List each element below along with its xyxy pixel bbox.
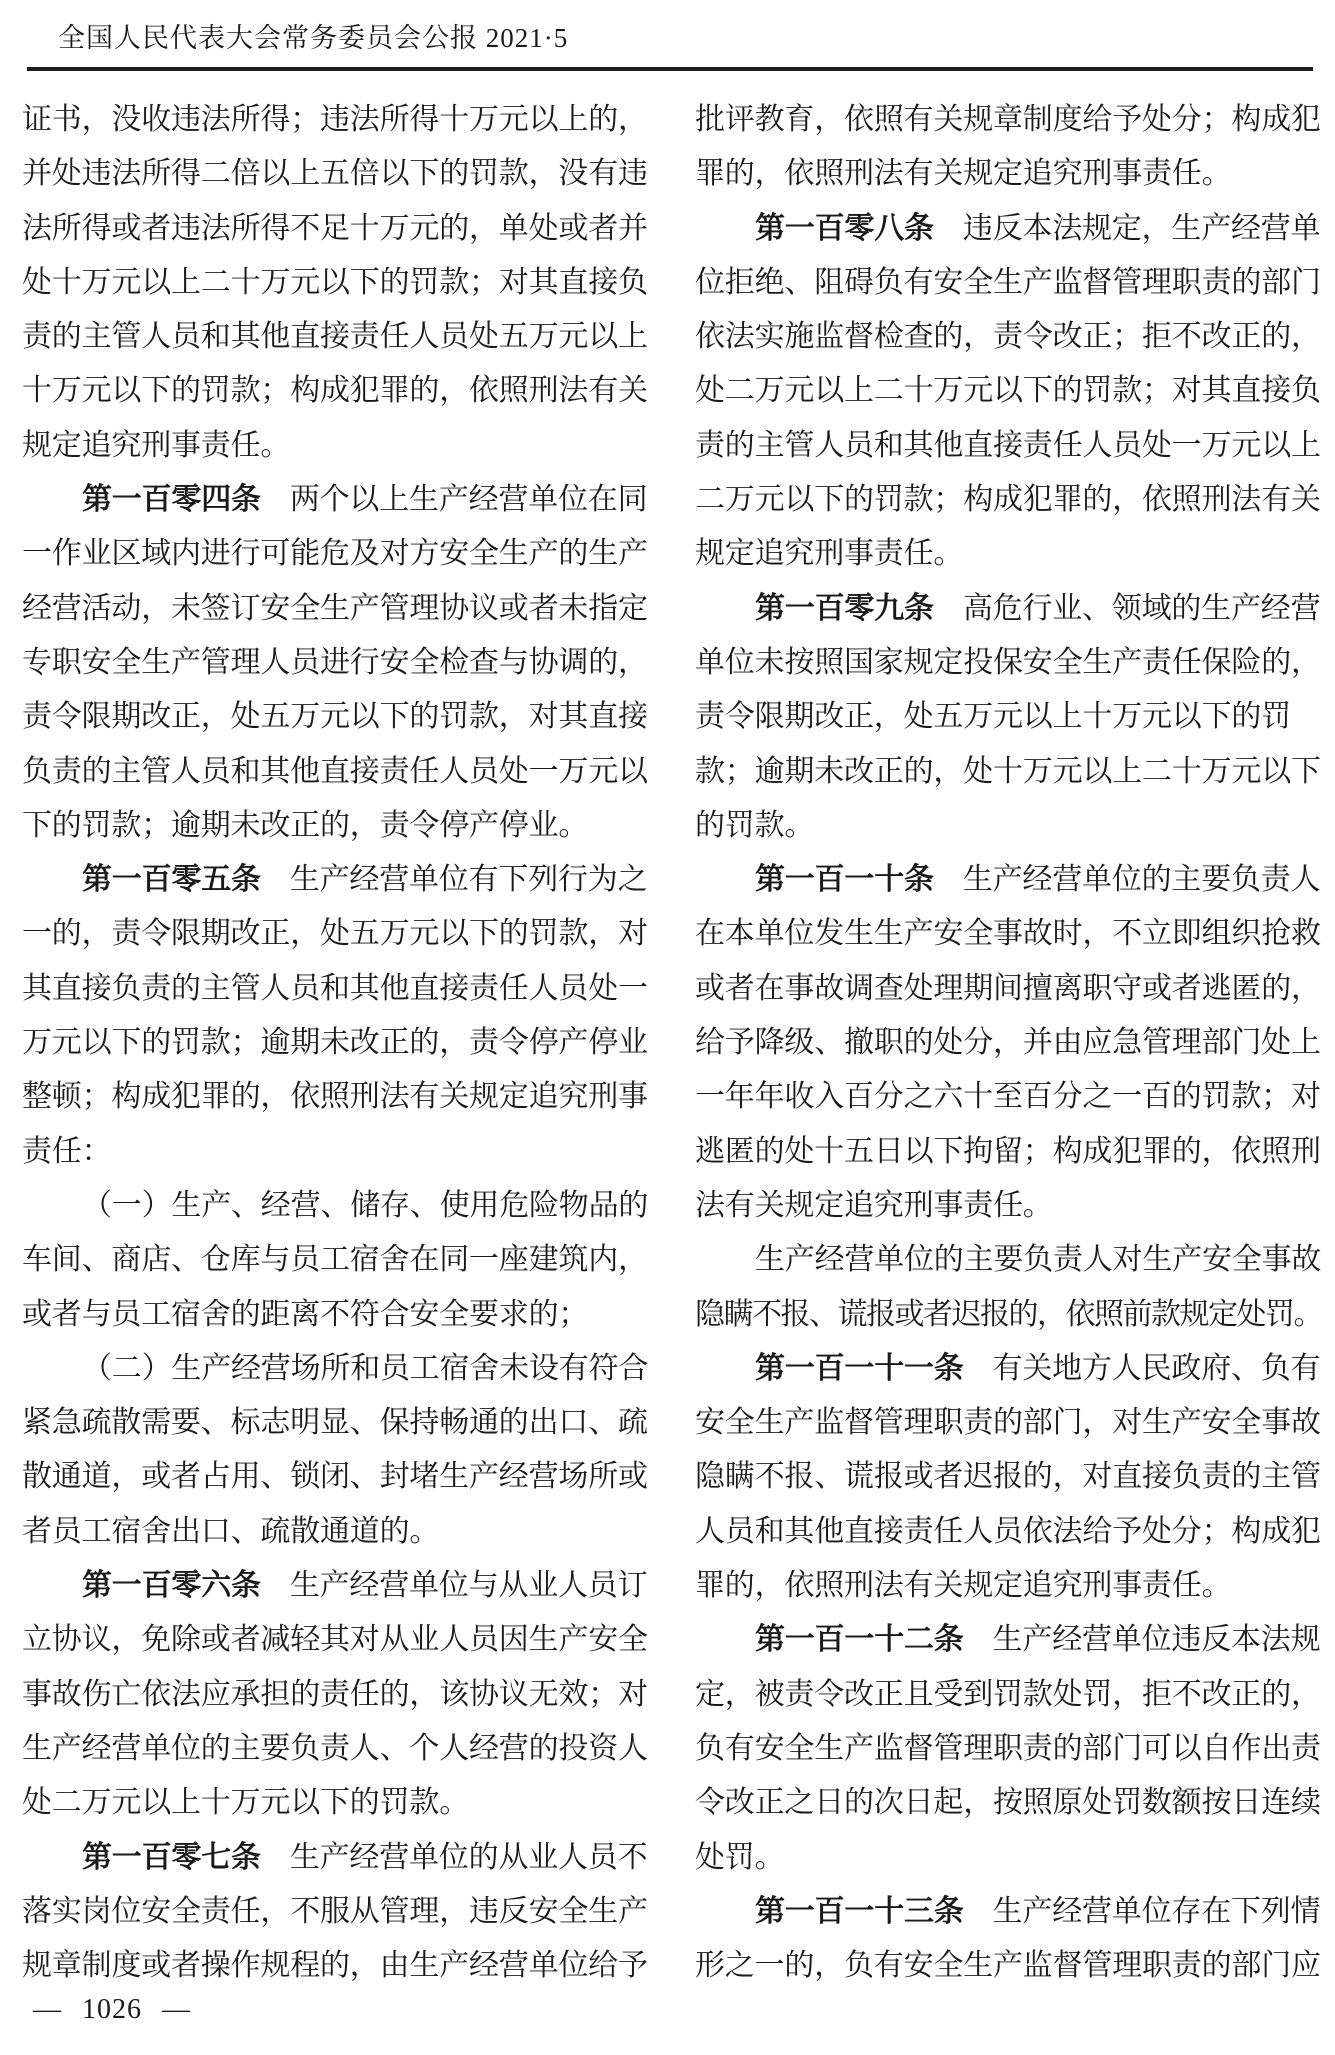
text-line: 责令限期改正，处五万元以下的罚款，对其直接	[22, 690, 667, 744]
left-column: 证书，没收违法所得；违法所得十万元以上的， 并处违法所得二倍以上五倍以下的罚款，…	[22, 93, 667, 1993]
text-line: 或者与员工宿舍的距离不符合安全要求的；	[22, 1288, 667, 1342]
text-line: 下的罚款；逾期未改正的，责令停产停业。	[22, 799, 667, 853]
text-line: 落实岗位安全责任，不服从管理，违反安全生产	[22, 1885, 667, 1939]
article-text: 高危行业、领域的生产经营	[963, 592, 1321, 625]
text-line: 一的，责令限期改正，处五万元以下的罚款，对	[22, 907, 667, 961]
article-number: 第一百零八条	[755, 212, 934, 245]
article-text: 生产经营单位与从业人员订	[290, 1569, 648, 1602]
text-line: 十万元以下的罚款；构成犯罪的，依照刑法有关	[22, 364, 667, 418]
article-number: 第一百零五条	[82, 863, 261, 896]
article-heading-line: 第一百零七条生产经营单位的从业人员不	[22, 1831, 667, 1885]
article-number: 第一百零四条	[82, 483, 261, 516]
article-text: 违反本法规定，生产经营单	[963, 212, 1321, 245]
right-column: 批评教育，依照有关规章制度给予处分；构成犯 罪的，依照刑法有关规定追究刑事责任。…	[695, 93, 1335, 1993]
text-line: 责的主管人员和其他直接责任人员处五万元以上	[22, 310, 667, 364]
text-line: 生产经营单位的主要负责人对生产安全事故	[695, 1233, 1335, 1287]
text-line: 紧急疏散需要、标志明显、保持畅通的出口、疏	[22, 1396, 667, 1450]
article-heading-line: 第一百一十条生产经营单位的主要负责人	[695, 853, 1335, 907]
text-line: 法有关规定追究刑事责任。	[695, 1179, 1335, 1233]
article-text: 生产经营单位存在下列情	[993, 1895, 1321, 1928]
text-line: 生产经营单位的主要负责人、个人经营的投资人	[22, 1722, 667, 1776]
text-line: 规定追究刑事责任。	[695, 527, 1335, 581]
text-line: 负责的主管人员和其他直接责任人员处一万元以	[22, 745, 667, 799]
list-item-line: （二）生产经营场所和员工宿舍未设有符合	[22, 1342, 667, 1396]
text-line: 立协议，免除或者减轻其对从业人员因生产安全	[22, 1613, 667, 1667]
text-line: 一年年收入百分之六十至百分之一百的罚款；对	[695, 1070, 1335, 1124]
text-line: 法所得或者违法所得不足十万元的，单处或者并	[22, 202, 667, 256]
text-line: 批评教育，依照有关规章制度给予处分；构成犯	[695, 93, 1335, 147]
article-number: 第一百零七条	[82, 1841, 261, 1874]
text-line: 经营活动，未签订安全生产管理协议或者未指定	[22, 582, 667, 636]
article-number: 第一百一十三条	[755, 1895, 964, 1928]
text-line: 处二万元以上十万元以下的罚款。	[22, 1776, 667, 1830]
text-line: 隐瞒不报、谎报或者迟报的，对直接负责的主管	[695, 1450, 1335, 1504]
page-number: — 1026 —	[33, 1994, 191, 2026]
article-heading-line: 第一百零四条两个以上生产经营单位在同	[22, 473, 667, 527]
text-line: 二万元以下的罚款；构成犯罪的，依照刑法有关	[695, 473, 1335, 527]
text-line: 逃匿的处十五日以下拘留；构成犯罪的，依照刑	[695, 1125, 1335, 1179]
article-heading-line: 第一百零八条违反本法规定，生产经营单	[695, 202, 1335, 256]
text-line: 责的主管人员和其他直接责任人员处一万元以上	[695, 419, 1335, 473]
text-line: 或者在事故调查处理期间擅离职守或者逃匿的，	[695, 962, 1335, 1016]
text-line: 规章制度或者操作规程的，由生产经营单位给予	[22, 1939, 667, 1993]
text-line: 一作业区域内进行可能危及对方安全生产的生产	[22, 527, 667, 581]
text-line: 散通道，或者占用、锁闭、封堵生产经营场所或	[22, 1450, 667, 1504]
article-number: 第一百一十一条	[755, 1352, 964, 1385]
text-line: 安全生产监督管理职责的部门，对生产安全事故	[695, 1396, 1335, 1450]
article-number: 第一百零九条	[755, 592, 934, 625]
article-heading-line: 第一百零九条高危行业、领域的生产经营	[695, 582, 1335, 636]
text-line: 的罚款。	[695, 799, 1335, 853]
text-line: 负有安全生产监督管理职责的部门可以自作出责	[695, 1722, 1335, 1776]
text-line: 令改正之日的次日起，按照原处罚数额按日连续	[695, 1776, 1335, 1830]
text-line: 整顿；构成犯罪的，依照刑法有关规定追究刑事	[22, 1070, 667, 1124]
text-line: 单位未按照国家规定投保安全生产责任保险的，	[695, 636, 1335, 690]
text-line: 处二万元以上二十万元以下的罚款；对其直接负	[695, 364, 1335, 418]
text-line: 证书，没收违法所得；违法所得十万元以上的，	[22, 93, 667, 147]
article-heading-line: 第一百零五条生产经营单位有下列行为之	[22, 853, 667, 907]
text-line: 并处违法所得二倍以上五倍以下的罚款，没有违	[22, 147, 667, 201]
text-line: 责任：	[22, 1125, 667, 1179]
text-line: 位拒绝、阻碍负有安全生产监督管理职责的部门	[695, 256, 1335, 310]
text-line: 其直接负责的主管人员和其他直接责任人员处一	[22, 962, 667, 1016]
text-line: 者员工宿舍出口、疏散通道的。	[22, 1505, 667, 1559]
text-line: 隐瞒不报、谎报或者迟报的，依照前款规定处罚。	[695, 1288, 1335, 1342]
text-line: 责令限期改正，处五万元以上十万元以下的罚	[695, 690, 1335, 744]
text-line: 专职安全生产管理人员进行安全检查与协调的，	[22, 636, 667, 690]
article-number: 第一百零六条	[82, 1569, 261, 1602]
text-line: 定，被责令改正且受到罚款处罚，拒不改正的，	[695, 1668, 1335, 1722]
header-divider-rule	[27, 67, 1313, 71]
text-line: 规定追究刑事责任。	[22, 419, 667, 473]
article-text: 有关地方人民政府、负有	[993, 1352, 1321, 1385]
article-number: 第一百一十条	[755, 863, 934, 896]
article-text: 生产经营单位的从业人员不	[290, 1841, 648, 1874]
text-line: 形之一的，负有安全生产监督管理职责的部门应	[695, 1939, 1335, 1993]
text-line: 处十万元以上二十万元以下的罚款；对其直接负	[22, 256, 667, 310]
article-text: 两个以上生产经营单位在同	[290, 483, 648, 516]
article-heading-line: 第一百一十一条有关地方人民政府、负有	[695, 1342, 1335, 1396]
article-heading-line: 第一百一十三条生产经营单位存在下列情	[695, 1885, 1335, 1939]
text-line: 万元以下的罚款；逾期未改正的，责令停产停业	[22, 1016, 667, 1070]
text-line: 罪的，依照刑法有关规定追究刑事责任。	[695, 147, 1335, 201]
text-line: 罪的，依照刑法有关规定追究刑事责任。	[695, 1559, 1335, 1613]
text-line: 给予降级、撤职的处分，并由应急管理部门处上	[695, 1016, 1335, 1070]
text-line: 人员和其他直接责任人员依法给予处分；构成犯	[695, 1505, 1335, 1559]
article-number: 第一百一十二条	[755, 1623, 964, 1656]
page-header-title: 全国人民代表大会常务委员会公报 2021·5	[58, 24, 568, 52]
article-text: 生产经营单位的主要负责人	[963, 863, 1321, 896]
text-line: 事故伤亡依法应承担的责任的，该协议无效；对	[22, 1668, 667, 1722]
article-heading-line: 第一百零六条生产经营单位与从业人员订	[22, 1559, 667, 1613]
article-text: 生产经营单位违反本法规	[993, 1623, 1321, 1656]
text-line: 车间、商店、仓库与员工宿舍在同一座建筑内，	[22, 1233, 667, 1287]
list-item-line: （一）生产、经营、储存、使用危险物品的	[22, 1179, 667, 1233]
text-line: 处罚。	[695, 1831, 1335, 1885]
article-heading-line: 第一百一十二条生产经营单位违反本法规	[695, 1613, 1335, 1667]
text-line: 依法实施监督检查的，责令改正；拒不改正的，	[695, 310, 1335, 364]
article-text: 生产经营单位有下列行为之	[290, 863, 648, 896]
text-line: 在本单位发生生产安全事故时，不立即组织抢救	[695, 907, 1335, 961]
text-line: 款；逾期未改正的，处十万元以上二十万元以下	[695, 745, 1335, 799]
